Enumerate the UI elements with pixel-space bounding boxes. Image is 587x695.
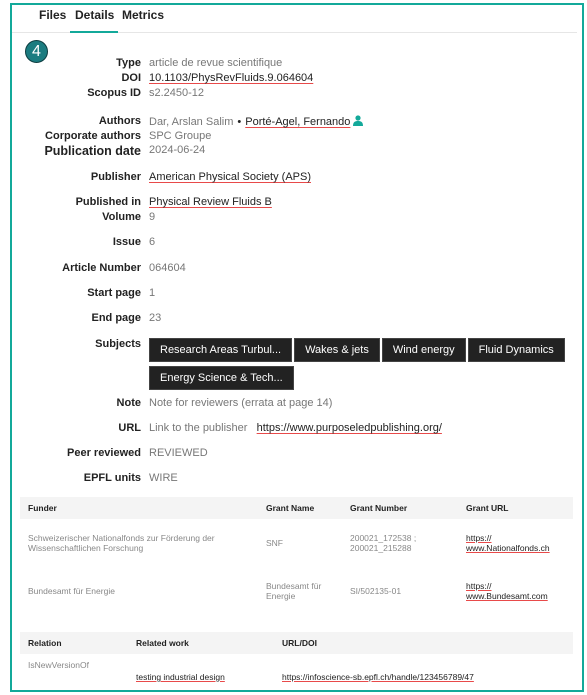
person-icon xyxy=(353,115,363,129)
field-value: REVIEWED xyxy=(149,447,208,459)
related-url-link[interactable]: https://infoscience-sb.epfl.ch/handle/12… xyxy=(282,672,474,682)
journal-link[interactable]: Physical Review Fluids B xyxy=(149,196,272,208)
grant-url-link[interactable]: https:// www.Bundesamt.com xyxy=(466,581,548,601)
field-label: Peer reviewed xyxy=(67,447,141,459)
url-text: Link to the publisher xyxy=(149,422,247,434)
grant-number-cell: SI/502135-01 xyxy=(342,567,458,615)
subject-chip[interactable]: Energy Science & Tech... xyxy=(149,366,294,390)
table-header-row: Relation Related work URL/DOI xyxy=(20,632,573,654)
tab-details[interactable]: Details xyxy=(75,8,114,22)
column-header: Grant URL xyxy=(458,497,573,519)
column-header: URL/DOI xyxy=(274,632,573,654)
tab-bar: Files Details Metrics xyxy=(12,5,577,33)
subject-chips: Research Areas Turbul...Wakes & jetsWind… xyxy=(149,338,569,394)
field-label: Publisher xyxy=(91,171,141,183)
field-label: Issue xyxy=(113,236,141,248)
field-label: Volume xyxy=(102,211,141,223)
table-row: IsNewVersionOf testing industrial design… xyxy=(20,654,573,690)
relation-cell: IsNewVersionOf xyxy=(20,654,128,690)
field-label: URL xyxy=(118,422,141,434)
field-value: 6 xyxy=(149,236,155,248)
subject-chip[interactable]: Wind energy xyxy=(382,338,466,362)
author-link[interactable]: Porté-Agel, Fernando xyxy=(245,116,350,128)
field-label: Start page xyxy=(87,287,141,299)
field-value: 1 xyxy=(149,287,155,299)
details-panel: Files Details Metrics 4 Type article de … xyxy=(10,3,584,692)
publisher-url-link[interactable]: https://www.purposeledpublishing.org/ xyxy=(257,422,442,434)
field-value: 2024-06-24 xyxy=(149,144,205,156)
field-label: Scopus ID xyxy=(87,87,141,99)
field-label: Note xyxy=(117,397,141,409)
table-row: Schweizerischer Nationalfonds zur Förder… xyxy=(20,519,573,567)
field-value: 9 xyxy=(149,211,155,223)
field-label: Authors xyxy=(99,115,141,127)
relations-table: Relation Related work URL/DOI IsNewVersi… xyxy=(20,632,573,690)
bullet-separator: • xyxy=(237,116,241,128)
field-label: End page xyxy=(91,312,141,324)
funder-cell: Bundesamt für Energie xyxy=(20,567,258,615)
active-tab-indicator xyxy=(70,31,118,33)
step-badge: 4 xyxy=(25,40,48,63)
subject-chip[interactable]: Fluid Dynamics xyxy=(468,338,565,362)
doi-link[interactable]: 10.1103/PhysRevFluids.9.064604 xyxy=(149,72,313,84)
grant-name-cell: SNF xyxy=(258,519,342,567)
publisher-link[interactable]: American Physical Society (APS) xyxy=(149,171,311,183)
tab-metrics[interactable]: Metrics xyxy=(122,8,164,22)
field-label: EPFL units xyxy=(84,472,141,484)
funders-table: Funder Grant Name Grant Number Grant URL… xyxy=(20,497,573,615)
author-name: Dar, Arslan Salim xyxy=(149,116,233,128)
column-header: Grant Name xyxy=(258,497,342,519)
column-header: Related work xyxy=(128,632,274,654)
funder-cell: Schweizerischer Nationalfonds zur Förder… xyxy=(20,519,258,567)
grant-url-link[interactable]: https:// www.Nationalfonds.ch xyxy=(466,533,550,553)
field-label: DOI xyxy=(121,72,141,84)
field-label: Article Number xyxy=(62,262,141,274)
field-value: s2.2450-12 xyxy=(149,87,204,99)
field-label: Corporate authors xyxy=(45,130,141,142)
field-value: Note for reviewers (errata at page 14) xyxy=(149,397,332,409)
field-value: 064604 xyxy=(149,262,186,274)
field-label: Type xyxy=(116,57,141,69)
table-row: Bundesamt für Energie Bundesamt für Ener… xyxy=(20,567,573,615)
field-label: Published in xyxy=(76,196,141,208)
grant-number-cell: 200021_172538 ; 200021_215288 xyxy=(342,519,458,567)
field-value: 23 xyxy=(149,312,161,324)
field-value: article de revue scientifique xyxy=(149,57,282,69)
subject-chip[interactable]: Research Areas Turbul... xyxy=(149,338,292,362)
column-header: Grant Number xyxy=(342,497,458,519)
table-header-row: Funder Grant Name Grant Number Grant URL xyxy=(20,497,573,519)
field-label: Subjects xyxy=(95,338,141,350)
field-value: SPC Groupe xyxy=(149,130,211,142)
related-work-link[interactable]: testing industrial design xyxy=(136,672,225,682)
field-value: WIRE xyxy=(149,472,178,484)
tab-files[interactable]: Files xyxy=(39,8,66,22)
field-label: Publication date xyxy=(44,144,141,158)
column-header: Funder xyxy=(20,497,258,519)
subject-chip[interactable]: Wakes & jets xyxy=(294,338,380,362)
grant-name-cell: Bundesamt für Energie xyxy=(258,567,342,615)
column-header: Relation xyxy=(20,632,128,654)
